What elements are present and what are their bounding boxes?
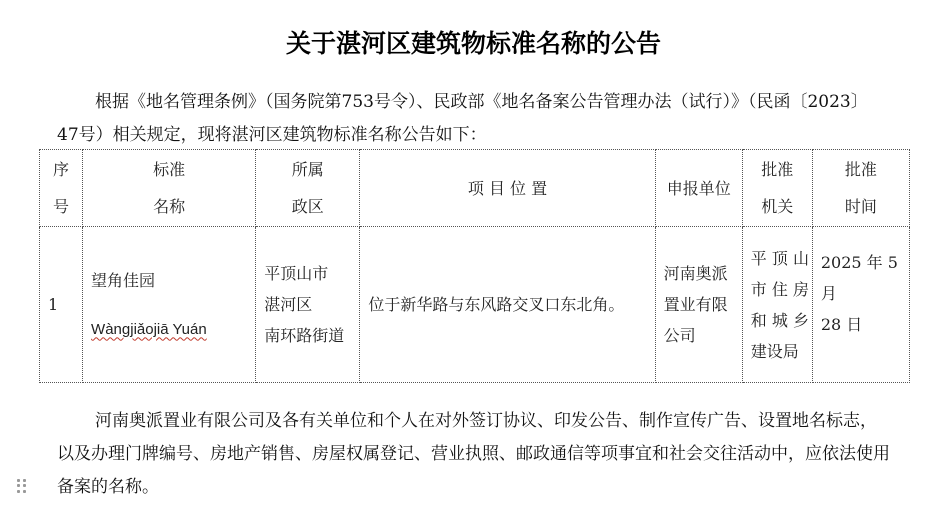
header-applicant: 申报单位 [655,150,742,227]
closing-text: 河南奥派置业有限公司及各有关单位和个人在对外签订协议、印发公告、制作宣传广告、设… [57,411,890,497]
header-time-line1: 批准 [813,151,909,188]
header-location: 项 目 位 置 [360,150,655,227]
table-header-row: 序 号 标准 名称 所属 政区 项 目 位 置 申报单位 批准 机关 批准 时间 [40,150,910,227]
header-approver-line2: 机关 [743,188,812,225]
cell-approver: 平 顶 山 市 住 房 和 城 乡 建设局 [742,227,812,383]
names-table: 序 号 标准 名称 所属 政区 项 目 位 置 申报单位 批准 机关 批准 时间… [39,149,910,383]
header-district-line1: 所属 [256,151,359,188]
time-line2: 28 日 [821,309,909,340]
drag-handle-icon[interactable] [17,479,27,493]
approver-line2: 市 住 房 [751,274,812,305]
header-name-line1: 标准 [83,151,255,188]
document-title: 关于湛河区建筑物标准名称的公告 [0,24,947,60]
approver-line4: 建设局 [751,336,812,367]
header-seq-line1: 序 [40,151,82,188]
approver-line1: 平 顶 山 [751,243,812,274]
header-district-line2: 政区 [256,188,359,225]
approver-line3: 和 城 乡 [751,305,812,336]
header-approval-time: 批准 时间 [812,150,909,227]
applicant-line3: 公司 [664,320,742,351]
cell-seq: 1 [40,227,83,383]
header-approver: 批准 机关 [742,150,812,227]
district-line1: 平顶山市 [264,258,359,289]
header-approver-line1: 批准 [743,151,812,188]
intro-paragraph: 根据《地名管理条例》（国务院第753号令）、民政部《地名备案公告管理办法（试行）… [57,86,893,152]
header-district: 所属 政区 [256,150,360,227]
header-name-line2: 名称 [83,188,255,225]
name-pinyin: Wàngjiǎojiā Yuán [91,314,255,345]
district-line2: 湛河区 [264,289,359,320]
district-line3: 南环路街道 [264,320,359,351]
closing-paragraph: 河南奥派置业有限公司及各有关单位和个人在对外签订协议、印发公告、制作宣传广告、设… [57,405,893,504]
cell-district: 平顶山市 湛河区 南环路街道 [256,227,360,383]
cell-name: 望角佳园 Wàngjiǎojiā Yuán [83,227,256,383]
header-name: 标准 名称 [83,150,256,227]
cell-location: 位于新华路与东风路交叉口东北角。 [360,227,655,383]
table-row: 1 望角佳园 Wàngjiǎojiā Yuán 平顶山市 湛河区 南环路街道 位… [40,227,910,383]
header-time-line2: 时间 [813,188,909,225]
applicant-line1: 河南奥派 [664,258,742,289]
intro-text: 根据《地名管理条例》（国务院第753号令）、民政部《地名备案公告管理办法（试行）… [57,92,868,145]
header-seq: 序 号 [40,150,83,227]
header-seq-line2: 号 [40,188,82,225]
cell-approval-time: 2025 年 5 月 28 日 [812,227,909,383]
time-line1: 2025 年 5 月 [821,247,909,309]
name-chinese: 望角佳园 [91,265,255,296]
applicant-line2: 置业有限 [664,289,742,320]
cell-applicant: 河南奥派 置业有限 公司 [655,227,742,383]
